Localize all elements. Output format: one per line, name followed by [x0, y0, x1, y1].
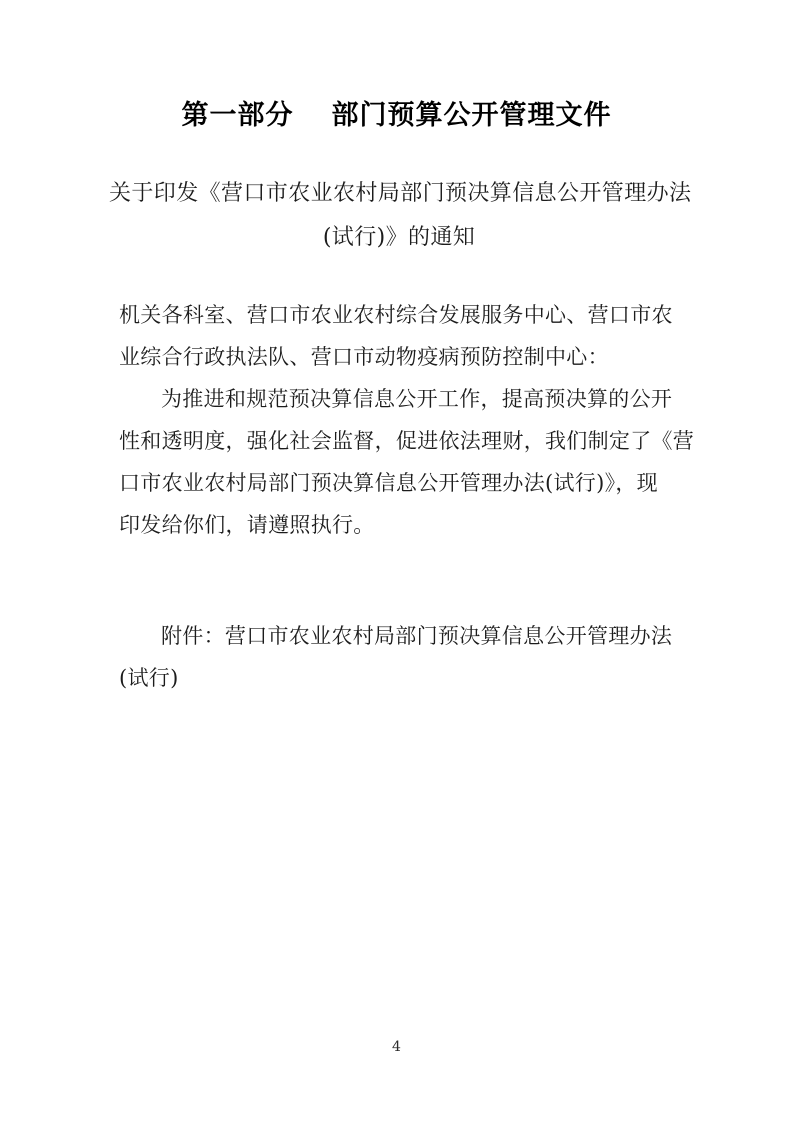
notice-title-line-2: (试行)》的通知: [109, 216, 689, 260]
letter-body: 机关各科室、营口市农业农村综合发展服务中心、营口市农 业综合行政执法队、营口市动…: [119, 294, 695, 546]
notice-title-line-1: 关于印发《营口市农业农村局部门预决算信息公开管理办法: [109, 172, 689, 216]
section-heading: 第一部分部门预算公开管理文件: [0, 100, 793, 132]
body-paragraph-line-2: 性和透明度，强化社会监督，促进依法理财，我们制定了《营: [119, 420, 695, 462]
section-part-label: 第一部分: [182, 100, 294, 131]
attachment-line-2: (试行): [119, 657, 695, 699]
page-number: 4: [0, 1038, 793, 1056]
body-paragraph-line-1: 为推进和规范预决算信息公开工作，提高预决算的公开: [119, 378, 695, 420]
body-paragraph-line-3: 口市农业农村局部门预决算信息公开管理办法(试行)》，现: [119, 462, 695, 504]
notice-title: 关于印发《营口市农业农村局部门预决算信息公开管理办法 (试行)》的通知: [109, 172, 689, 260]
document-page: 第一部分部门预算公开管理文件 关于印发《营口市农业农村局部门预决算信息公开管理办…: [0, 0, 793, 1122]
salutation-line-1: 机关各科室、营口市农业农村综合发展服务中心、营口市农: [119, 294, 695, 336]
section-title-text: 部门预算公开管理文件: [332, 100, 612, 131]
attachment-note: 附件：营口市农业农村局部门预决算信息公开管理办法 (试行): [119, 615, 695, 699]
salutation-line-2: 业综合行政执法队、营口市动物疫病预防控制中心：: [119, 336, 695, 378]
page-number-value: 4: [392, 1039, 401, 1055]
attachment-line-1: 附件：营口市农业农村局部门预决算信息公开管理办法: [119, 615, 695, 657]
body-paragraph-line-4: 印发给你们，请遵照执行。: [119, 504, 695, 546]
